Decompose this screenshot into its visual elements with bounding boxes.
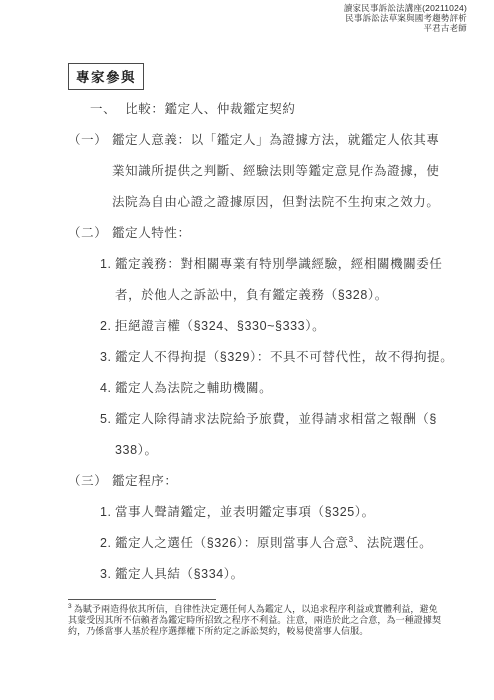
footnote-line: 其蒙受因其所不信賴者為鑑定時所招致之程序不利益。注意，兩造於此之合意，為一種證據… bbox=[68, 615, 454, 626]
section-heading-text: 比較：鑑定人、仲裁鑑定契約 bbox=[125, 94, 295, 125]
paragraph-line: 法院為自由心證之證據原因，但對法院不生拘束之效力。 bbox=[68, 187, 468, 218]
footnote-line: 約，乃係當事人基於程序選擇權下所約定之訴訟契約，較易使當事人信服。 bbox=[68, 626, 454, 637]
list-item: 2. 鑑定人之選任（§326）：原則當事人合意3、法院選任。 bbox=[68, 528, 468, 559]
paragraph-item-3: （三） 鑑定程序： bbox=[68, 466, 468, 497]
list-number: 2. bbox=[100, 528, 115, 559]
header-line-subtitle: 民事訴訟法草案與國考趨勢評析 bbox=[344, 13, 467, 23]
header-line-author: 平君古老師 bbox=[344, 23, 467, 33]
section-number: 一、 bbox=[90, 94, 116, 125]
list-item-line: 鑑定人為法院之輔助機關。 bbox=[115, 373, 272, 404]
footnote: 3為賦予兩造得依其所信，自律性決定選任何人為鑑定人，以追求程序利益或實體利益，避… bbox=[68, 604, 454, 636]
section-heading-1: 一、 比較：鑑定人、仲裁鑑定契約 bbox=[68, 94, 468, 125]
paragraph-item-2: （二） 鑑定人特性： bbox=[68, 218, 468, 249]
list-item-line: 鑑定人之選任（§326）：原則當事人合意3、法院選任。 bbox=[115, 528, 432, 559]
page-title: 專家參與 bbox=[68, 63, 144, 90]
item-heading: 鑑定程序： bbox=[112, 466, 178, 497]
list-item-line: 者，於他人之訴訟中，負有鑑定義務（§328）。 bbox=[68, 280, 468, 311]
list-item-line: 鑑定人具結（§334）。 bbox=[115, 559, 244, 590]
list-item: 3. 鑑定人具結（§334）。 bbox=[68, 559, 468, 590]
item-label: （二） bbox=[68, 218, 112, 249]
list-item: 1. 鑑定義務：對相關專業有特別學識經驗，經相關機關委任 bbox=[68, 249, 468, 280]
item-label: （一） bbox=[68, 125, 112, 156]
item-heading: 鑑定人特性： bbox=[112, 218, 191, 249]
footnote-separator bbox=[68, 599, 216, 600]
header-line-course: 讀家民事訴訟法講座(20211024) bbox=[344, 3, 467, 13]
list-item: 4. 鑑定人為法院之輔助機關。 bbox=[68, 373, 468, 404]
list-number: 1. bbox=[100, 249, 115, 280]
list-number: 5. bbox=[100, 404, 115, 435]
list-item: 1. 當事人聲請鑑定，並表明鑑定事項（§325）。 bbox=[68, 497, 468, 528]
list-item-line: 鑑定義務：對相關專業有特別學識經驗，經相關機關委任 bbox=[115, 249, 443, 280]
list-number: 3. bbox=[100, 559, 115, 590]
list-number: 2. bbox=[100, 311, 115, 342]
document-header: 讀家民事訴訟法講座(20211024) 民事訴訟法草案與國考趨勢評析 平君古老師 bbox=[344, 3, 467, 33]
paragraph-item-1: （一） 鑑定人意義：以「鑑定人」為證據方法，就鑑定人依其專 bbox=[68, 125, 468, 156]
list-item-line: 鑑定人除得請求法院給予旅費，並得請求相當之報酬（§ bbox=[115, 404, 437, 435]
list-item: 5. 鑑定人除得請求法院給予旅費，並得請求相當之報酬（§ bbox=[68, 404, 468, 435]
document-page: 讀家民事訴訟法講座(20211024) 民事訴訟法草案與國考趨勢評析 平君古老師… bbox=[0, 0, 494, 700]
list-item-line: 拒絕證言權（§324、§330~§333）。 bbox=[115, 311, 325, 342]
list-item: 3. 鑑定人不得拘提（§329）：不具不可替代性，故不得拘提。 bbox=[68, 342, 468, 373]
list-item-line: 當事人聲請鑑定，並表明鑑定事項（§325）。 bbox=[115, 497, 375, 528]
footnote-marker: 3 bbox=[68, 603, 72, 610]
list-item-line: 338）。 bbox=[68, 435, 468, 466]
list-item-line: 鑑定人不得拘提（§329）：不具不可替代性，故不得拘提。 bbox=[115, 342, 453, 373]
list-number: 3. bbox=[100, 342, 115, 373]
document-body: 一、 比較：鑑定人、仲裁鑑定契約 （一） 鑑定人意義：以「鑑定人」為證據方法，就… bbox=[68, 94, 468, 590]
paragraph-line: 業知識所提供之判斷、經驗法則等鑑定意見作為證據，使 bbox=[68, 156, 468, 187]
list-item: 2. 拒絕證言權（§324、§330~§333）。 bbox=[68, 311, 468, 342]
item-label: （三） bbox=[68, 466, 112, 497]
footnote-line: 3為賦予兩造得依其所信，自律性決定選任何人為鑑定人，以追求程序利益或實體利益，避… bbox=[68, 604, 454, 615]
list-number: 4. bbox=[100, 373, 115, 404]
paragraph-line: 鑑定人意義：以「鑑定人」為證據方法，就鑑定人依其專 bbox=[112, 125, 440, 156]
list-number: 1. bbox=[100, 497, 115, 528]
